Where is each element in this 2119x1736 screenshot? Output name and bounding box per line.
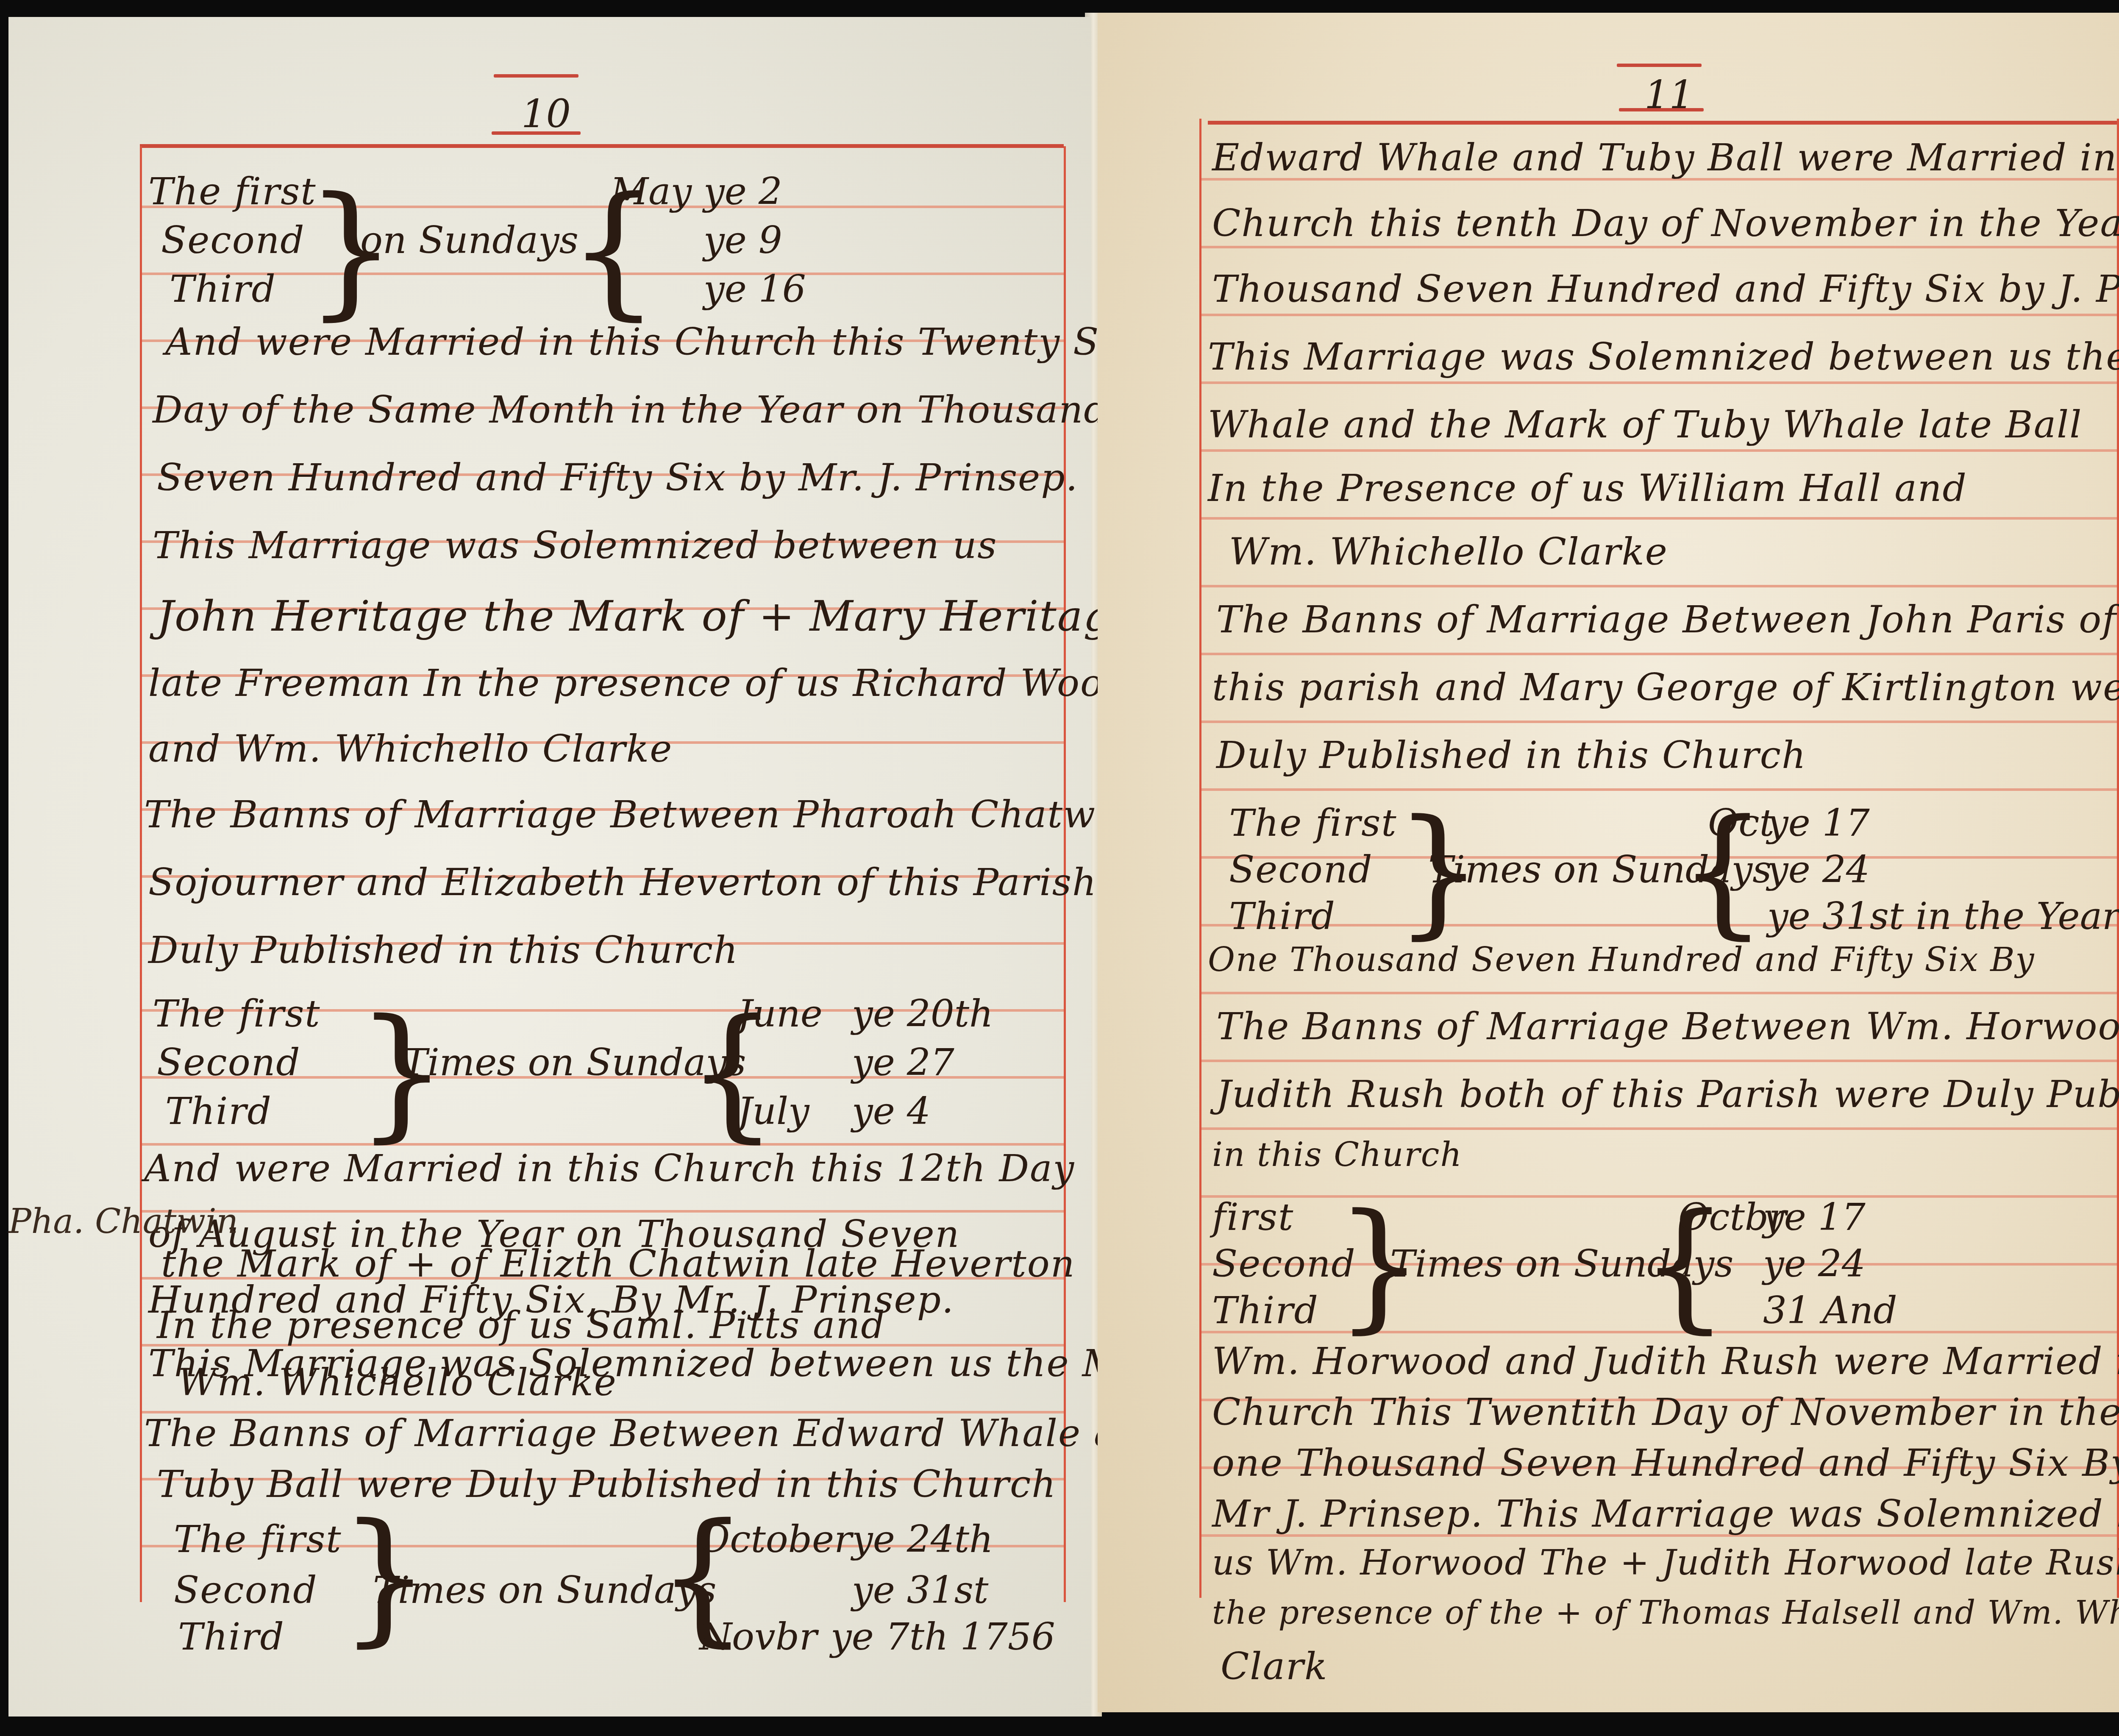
- text-line: Second: [1212, 1242, 1356, 1285]
- text-line: in this Church: [1212, 1136, 1463, 1174]
- banns-day: ye 20th: [852, 992, 993, 1035]
- left-page: 10 The first Second Third } on Sundays {…: [8, 17, 1091, 1717]
- text-line: first: [1212, 1195, 1294, 1239]
- text-line: Second: [174, 1568, 318, 1612]
- banns-day: ye 27: [852, 1040, 954, 1084]
- text-line: And were Married in this Church this 12t…: [144, 1146, 1075, 1190]
- text-line: The first: [148, 170, 317, 213]
- banns-day: ye 24: [1763, 1242, 1866, 1285]
- banns-day: ye 2: [704, 170, 782, 213]
- banns-month: July: [737, 1089, 809, 1133]
- text-line: In the Presence of us William Hall and: [1208, 466, 1967, 510]
- text-line: Tuby Ball were Duly Published in this Ch…: [157, 1462, 1057, 1506]
- banns-day: ye 31st: [852, 1568, 988, 1612]
- text-line: Third: [170, 267, 276, 311]
- text-line: Third: [178, 1615, 285, 1658]
- text-line: In the presence of us Saml. Pitts and: [157, 1303, 886, 1347]
- page-number-rule-top: [494, 74, 578, 78]
- text-line: Duly Published in this Church: [1216, 733, 1807, 777]
- banns-month: June: [737, 992, 823, 1035]
- page-number-rule-bottom: [492, 131, 581, 135]
- text-line: Third: [1212, 1288, 1319, 1332]
- banns-month: October: [699, 1517, 852, 1561]
- banns-day: ye 31st in the Year: [1767, 894, 2119, 938]
- banns-middle: on Sundays: [360, 218, 578, 262]
- text-line: Seven Hundred and Fifty Six by Mr. J. Pr…: [157, 456, 1078, 499]
- text-line: and Wm. Whichello Clarke: [148, 727, 673, 771]
- text-line: the Mark of + of Elizth Chatwin late Hev…: [161, 1242, 1075, 1285]
- text-line: One Thousand Seven Hundred and Fifty Six…: [1208, 941, 2035, 979]
- text-line: Third: [1229, 894, 1336, 938]
- text-line: And were Married in this Church this Twe…: [165, 320, 1233, 364]
- banns-day: ye 17: [1763, 1195, 1866, 1239]
- page-number: 10: [521, 91, 571, 136]
- text-line: Wm. Whichello Clarke: [178, 1360, 617, 1404]
- text-line: The Banns of Marriage Between Edward Wha…: [144, 1411, 1166, 1455]
- banns-month: Novbr: [699, 1615, 817, 1658]
- text-line: The Banns of Marriage Between John Paris…: [1216, 598, 2117, 641]
- text-line: one Thousand Seven Hundred and Fifty Six…: [1212, 1441, 2119, 1485]
- text-line: Wm. Horwood and Judith Rush were Married…: [1212, 1339, 2119, 1383]
- text-line: this parish and Mary George of Kirtlingt…: [1212, 665, 2119, 709]
- text-line: This Marriage was Solemnized between us …: [1208, 335, 2119, 378]
- text-line: The first: [174, 1517, 342, 1561]
- text-line: Clark: [1221, 1644, 1328, 1688]
- text-line: Second: [161, 218, 305, 262]
- text-line: late Freeman In the presence of us Richa…: [148, 661, 1128, 705]
- text-line: Edward Whale and Tuby Ball were Married …: [1212, 136, 2119, 179]
- text-line: Second: [1229, 848, 1373, 891]
- text-line: Duly Published in this Church: [148, 928, 739, 972]
- text-line: Third: [165, 1089, 272, 1133]
- text-line: John Heritage the Mark of + Mary Heritag…: [157, 591, 1137, 641]
- text-line: This Marriage was Solemnized between us: [153, 523, 998, 567]
- text-line: Mr J. Prinsep. This Marriage was Solemni…: [1212, 1492, 2119, 1536]
- banns-day: ye 16: [704, 267, 806, 311]
- right-page: 11 Edward Whale and Tuby Ball were Marri…: [1098, 13, 2119, 1712]
- banns-day: ye 7th 1756: [831, 1615, 1055, 1658]
- text-line: Whale and the Mark of Tuby Whale late Ba…: [1208, 403, 2082, 446]
- banns-day: ye 24th: [852, 1517, 993, 1561]
- text-line: Thousand Seven Hundred and Fifty Six by …: [1212, 267, 2119, 311]
- banns-month: May: [610, 170, 692, 213]
- text-line: the presence of the + of Thomas Halsell …: [1212, 1594, 2119, 1631]
- text-line: us Wm. Horwood The + Judith Horwood late…: [1212, 1543, 2119, 1583]
- text-line: The Banns of Marriage Between Pharoah Ch…: [144, 793, 1134, 836]
- text-line: Second: [157, 1040, 301, 1084]
- text-line: The Banns of Marriage Between Wm. Horwoo…: [1216, 1004, 2119, 1048]
- page-number-rule-bottom: [1619, 108, 1704, 111]
- text-line: Day of the Same Month in the Year on Tho…: [153, 388, 1109, 431]
- banns-day: ye 9: [704, 218, 782, 262]
- text-line: Church This Twentith Day of November in …: [1212, 1390, 2119, 1434]
- margin-note: Pha. Chatwin: [8, 1202, 238, 1241]
- banns-day: ye 17: [1767, 801, 1870, 845]
- text-line: Wm. Whichello Clarke: [1229, 530, 1668, 573]
- banns-month: Oct: [1708, 801, 1774, 845]
- text-line: Church this tenth Day of November in the…: [1212, 201, 2119, 245]
- page-number-rule-top: [1617, 64, 1702, 67]
- text-line: Sojourner and Elizabeth Heverton of this…: [148, 860, 1207, 904]
- banns-day: ye 4: [852, 1089, 931, 1133]
- text-line: The first: [153, 992, 321, 1035]
- banns-day: ye 24: [1767, 848, 1870, 891]
- text-line: The first: [1229, 801, 1397, 845]
- banns-day: 31 And: [1763, 1288, 1897, 1332]
- text-line: Judith Rush both of this Parish were Dul…: [1216, 1072, 2119, 1116]
